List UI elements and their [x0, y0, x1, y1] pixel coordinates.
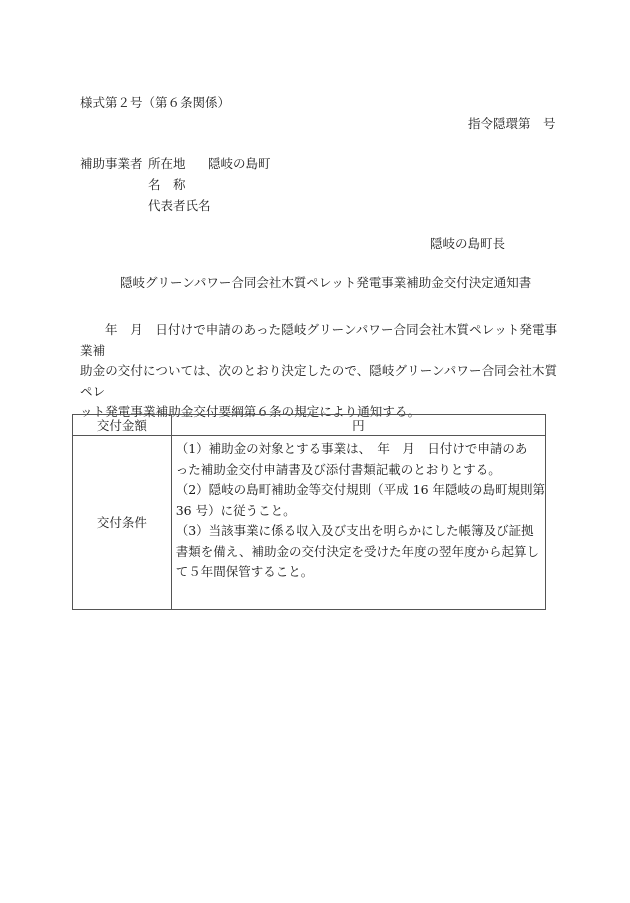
body-line-2: 助金の交付については、次のとおり決定したので、隠岐グリーンパワー合同会社木質ペレ — [80, 363, 557, 399]
condition-line: 書類を備え、補助金の交付決定を受けた年度の翌年度から起算し — [176, 542, 545, 563]
table-row-amount: 交付金額 円 — [73, 415, 546, 436]
name-label: 名 称 — [148, 179, 208, 192]
conditions-cell: （1）補助金の対象とする事業は、 年 月 日付けで申請のあ った補助金交付申請書… — [171, 436, 545, 610]
applicant-heading: 補助事業者 — [80, 158, 148, 171]
grant-table: 交付金額 円 交付条件 （1）補助金の対象とする事業は、 年 月 日付けで申請の… — [72, 414, 546, 610]
body-paragraph: 年 月 日付けで申請のあった隠岐グリーンパワー合同会社木質ペレット発電事業補助金… — [80, 320, 560, 423]
notice-number: 指令隠環第 号 — [468, 118, 556, 131]
conditions-label: 交付条件 — [73, 436, 172, 610]
amount-value: 円 — [171, 415, 545, 436]
condition-line: （3）当該事業に係る収入及び支出を明らかにした帳簿及び証拠 — [176, 521, 545, 542]
form-number: 様式第２号（第６条関係） — [80, 97, 230, 110]
applicant-row-name: 名 称 — [80, 179, 271, 200]
amount-label: 交付金額 — [73, 415, 172, 436]
representative-label: 代表者氏名 — [148, 200, 208, 213]
issuer: 隠岐の島町長 — [430, 238, 505, 251]
document-title: 隠岐グリーンパワー合同会社木質ペレット発電事業補助金交付決定通知書 — [120, 277, 531, 290]
applicant-row-address: 補助事業者 所在地 隠岐の島町 — [80, 158, 271, 179]
condition-line: った補助金交付申請書及び添付書類記載のとおりとする。 — [176, 460, 545, 481]
address-label: 所在地 — [148, 158, 208, 171]
condition-line: （2）隠岐の島町補助金等交付規則（平成 16 年隠岐の島町規則第 — [176, 480, 545, 501]
condition-line: （1）補助金の対象とする事業は、 年 月 日付けで申請のあ — [176, 439, 545, 460]
body-line-1: 年 月 日付けで申請のあった隠岐グリーンパワー合同会社木質ペレット発電事業補 — [80, 322, 557, 358]
condition-line: て５年間保管すること。 — [176, 562, 545, 583]
applicant-block: 補助事業者 所在地 隠岐の島町 名 称 代表者氏名 — [80, 158, 271, 221]
applicant-row-representative: 代表者氏名 — [80, 200, 271, 221]
table-row-conditions: 交付条件 （1）補助金の対象とする事業は、 年 月 日付けで申請のあ った補助金… — [73, 436, 546, 610]
condition-line: 36 号）に従うこと。 — [176, 501, 545, 522]
address-value: 隠岐の島町 — [208, 158, 271, 171]
